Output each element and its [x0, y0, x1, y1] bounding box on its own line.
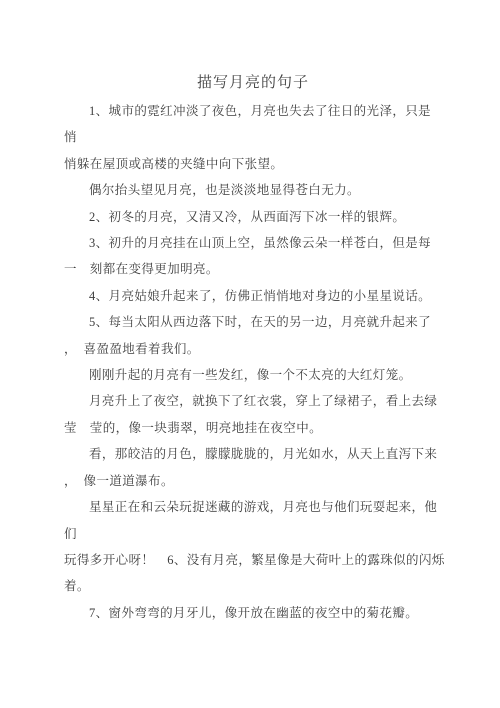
text-line: 月亮升上了夜空，就换下了红衣裳，穿上了绿裙子，看上去绿	[64, 388, 442, 414]
text-line: 3、初升的月亮挂在山顶上空，虽然像云朵一样苍白，但是每	[64, 230, 442, 256]
text-line: 1、城市的霓红冲淡了夜色，月亮也失去了往日的光泽，只是	[64, 98, 442, 124]
text-line: ， 喜盈盈地看着我们。	[64, 336, 442, 362]
text-line: 玩得多开心呀！ 6、没有月亮，繁星像是大荷叶上的露珠似的闪烁	[64, 547, 442, 573]
text-line: 2、初冬的月亮，又清又冷，从西面泻下冰一样的银辉。	[64, 204, 442, 230]
document-page: 描写月亮的句子 1、城市的霓红冲淡了夜色，月亮也失去了往日的光泽，只是悄悄躲在屋…	[0, 0, 500, 708]
text-line: 悄	[64, 124, 442, 150]
text-line: 们	[64, 521, 442, 547]
text-line: 悄躲在屋顶或高楼的夹缝中向下张望。	[64, 151, 442, 177]
text-line: 星星正在和云朵玩捉迷藏的游戏，月亮也与他们玩耍起来，他	[64, 494, 442, 520]
text-line: 着。	[64, 573, 442, 599]
text-line: 一 刻都在变得更加明亮。	[64, 256, 442, 282]
text-line: 莹 莹的，像一块翡翠，明亮地挂在夜空中。	[64, 415, 442, 441]
text-line: 看，那皎洁的月色，朦朦胧胧的，月光如水，从天上直泻下来	[64, 441, 442, 467]
text-line: ， 像一道道瀑布。	[64, 468, 442, 494]
text-line: 7、窗外弯弯的月牙儿，像开放在幽蓝的夜空中的菊花瓣。	[64, 600, 442, 626]
text-line: 5、每当太阳从西边落下时，在天的另一边，月亮就升起来了	[64, 309, 442, 335]
text-line: 4、月亮姑娘升起来了，仿佛正悄悄地对身边的小星星说话。	[64, 283, 442, 309]
text-line: 偶尔抬头望见月亮，也是淡淡地显得苍白无力。	[64, 177, 442, 203]
page-title: 描写月亮的句子	[64, 76, 442, 91]
text-body: 1、城市的霓红冲淡了夜色，月亮也失去了往日的光泽，只是悄悄躲在屋顶或高楼的夹缝中…	[64, 98, 442, 626]
text-line: 刚刚升起的月亮有一些发红，像一个不太亮的大红灯笼。	[64, 362, 442, 388]
